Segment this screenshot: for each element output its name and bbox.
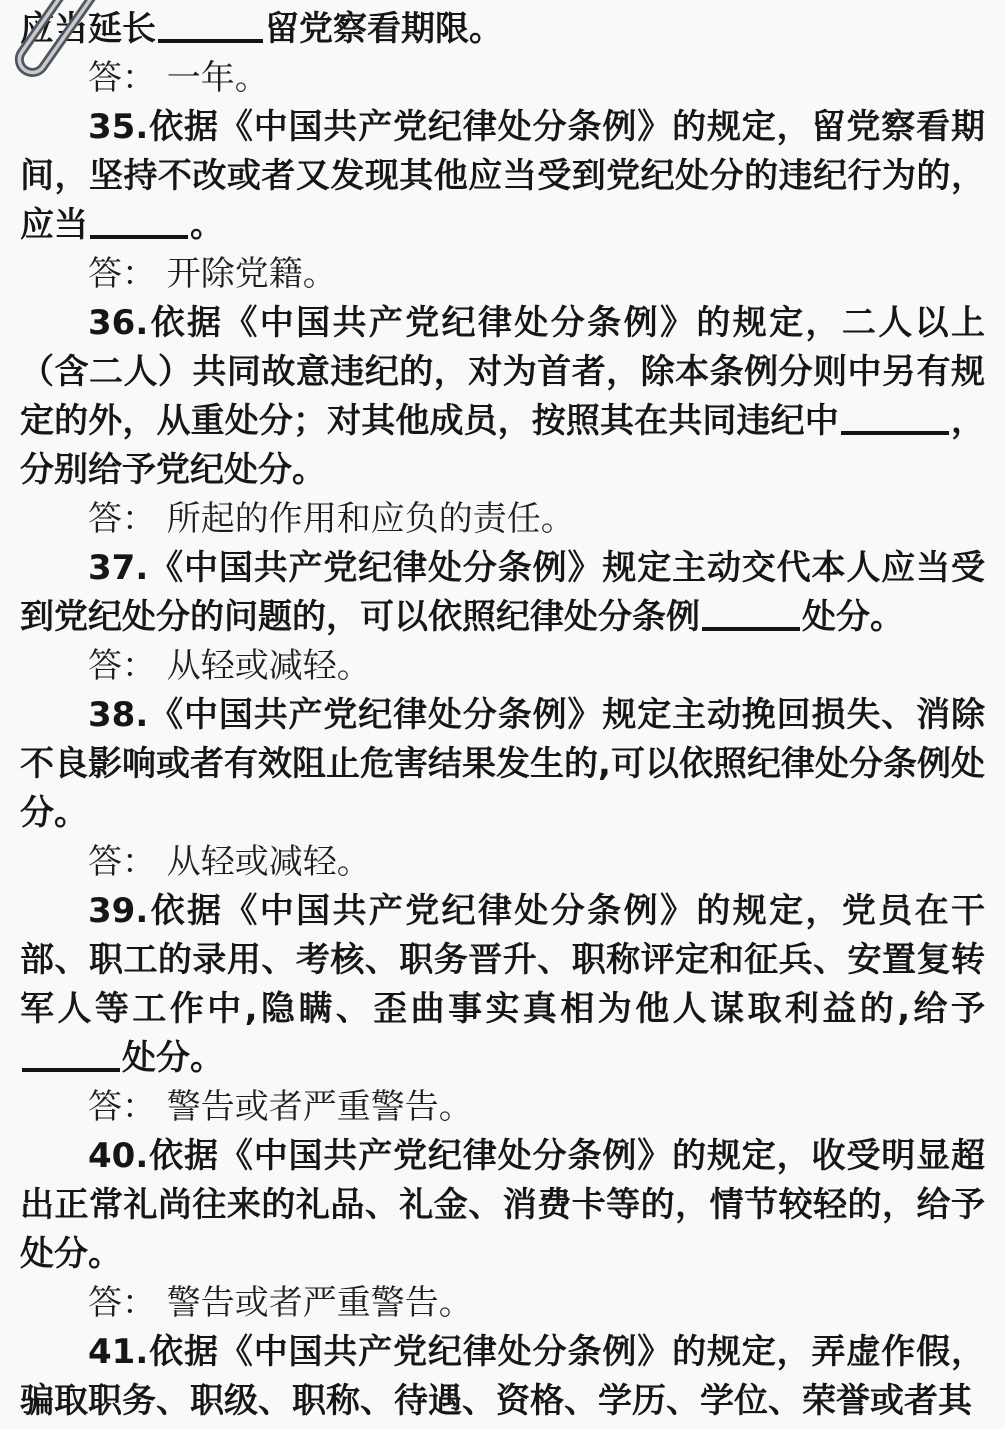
answer-paragraph: 答： 一年。 — [20, 54, 985, 103]
answer-paragraph: 答： 所起的作用和应负的责任。 — [20, 495, 985, 544]
question-paragraph: 41.依据《中国共产党纪律处分条例》的规定，弄虚作假，骗取职务、职级、职称、待遇… — [20, 1328, 985, 1426]
text-run: 答： 开除党籍。 — [88, 254, 337, 294]
question-paragraph: 37.《中国共产党纪律处分条例》规定主动交代本人应当受到党纪处分的问题的，可以依… — [20, 544, 985, 642]
text-run: 答： 从轻或减轻。 — [88, 646, 371, 686]
text-run: 处分。 — [122, 1038, 224, 1078]
text-run: 41.依据《中国共产党纪律处分条例》的规定，弄虚作假，骗取职务、职级、职称、待遇… — [20, 1332, 985, 1421]
text-run: 处分。 — [802, 597, 904, 637]
text-run: 39.依据《中国共产党纪律处分条例》的规定，党员在干部、职工的录用、考核、职务晋… — [20, 891, 985, 1029]
document-body: 应当延长留党察看期限。答： 一年。35.依据《中国共产党纪律处分条例》的规定，留… — [20, 5, 985, 1426]
question-paragraph: 应当延长留党察看期限。 — [20, 5, 985, 54]
blank-underline — [841, 400, 949, 435]
text-run: 40.依据《中国共产党纪律处分条例》的规定，收受明显超出正常礼尚往来的礼品、礼金… — [20, 1136, 985, 1274]
answer-paragraph: 答： 开除党籍。 — [20, 250, 985, 299]
text-run: 留党察看期限。 — [265, 9, 503, 49]
text-run: 答： 所起的作用和应负的责任。 — [88, 499, 575, 539]
document-page: 应当延长留党察看期限。答： 一年。35.依据《中国共产党纪律处分条例》的规定，留… — [0, 0, 1005, 1429]
text-run: 。 — [190, 205, 224, 245]
answer-paragraph: 答： 警告或者严重警告。 — [20, 1083, 985, 1132]
text-run: 应当延长 — [20, 9, 156, 49]
blank-underline — [90, 204, 188, 239]
question-paragraph: 38.《中国共产党纪律处分条例》规定主动挽回损失、消除不良影响或者有效阻止危害结… — [20, 691, 985, 838]
question-paragraph: 39.依据《中国共产党纪律处分条例》的规定，党员在干部、职工的录用、考核、职务晋… — [20, 887, 985, 1083]
text-run: 答： 警告或者严重警告。 — [88, 1283, 473, 1323]
text-run: 答： 从轻或减轻。 — [88, 842, 371, 882]
text-run: 答： 警告或者严重警告。 — [88, 1087, 473, 1127]
question-paragraph: 40.依据《中国共产党纪律处分条例》的规定，收受明显超出正常礼尚往来的礼品、礼金… — [20, 1132, 985, 1279]
answer-paragraph: 答： 从轻或减轻。 — [20, 642, 985, 691]
text-run: 38.《中国共产党纪律处分条例》规定主动挽回损失、消除不良影响或者有效阻止危害结… — [20, 695, 985, 833]
answer-paragraph: 答： 警告或者严重警告。 — [20, 1279, 985, 1328]
blank-underline — [702, 596, 800, 631]
question-paragraph: 35.依据《中国共产党纪律处分条例》的规定，留党察看期间，坚持不改或者又发现其他… — [20, 103, 985, 250]
blank-underline — [158, 8, 263, 43]
answer-paragraph: 答： 从轻或减轻。 — [20, 838, 985, 887]
text-run: 答： 一年。 — [88, 58, 269, 98]
question-paragraph: 36.依据《中国共产党纪律处分条例》的规定，二人以上（含二人）共同故意违纪的，对… — [20, 299, 985, 495]
blank-underline — [22, 1037, 120, 1072]
